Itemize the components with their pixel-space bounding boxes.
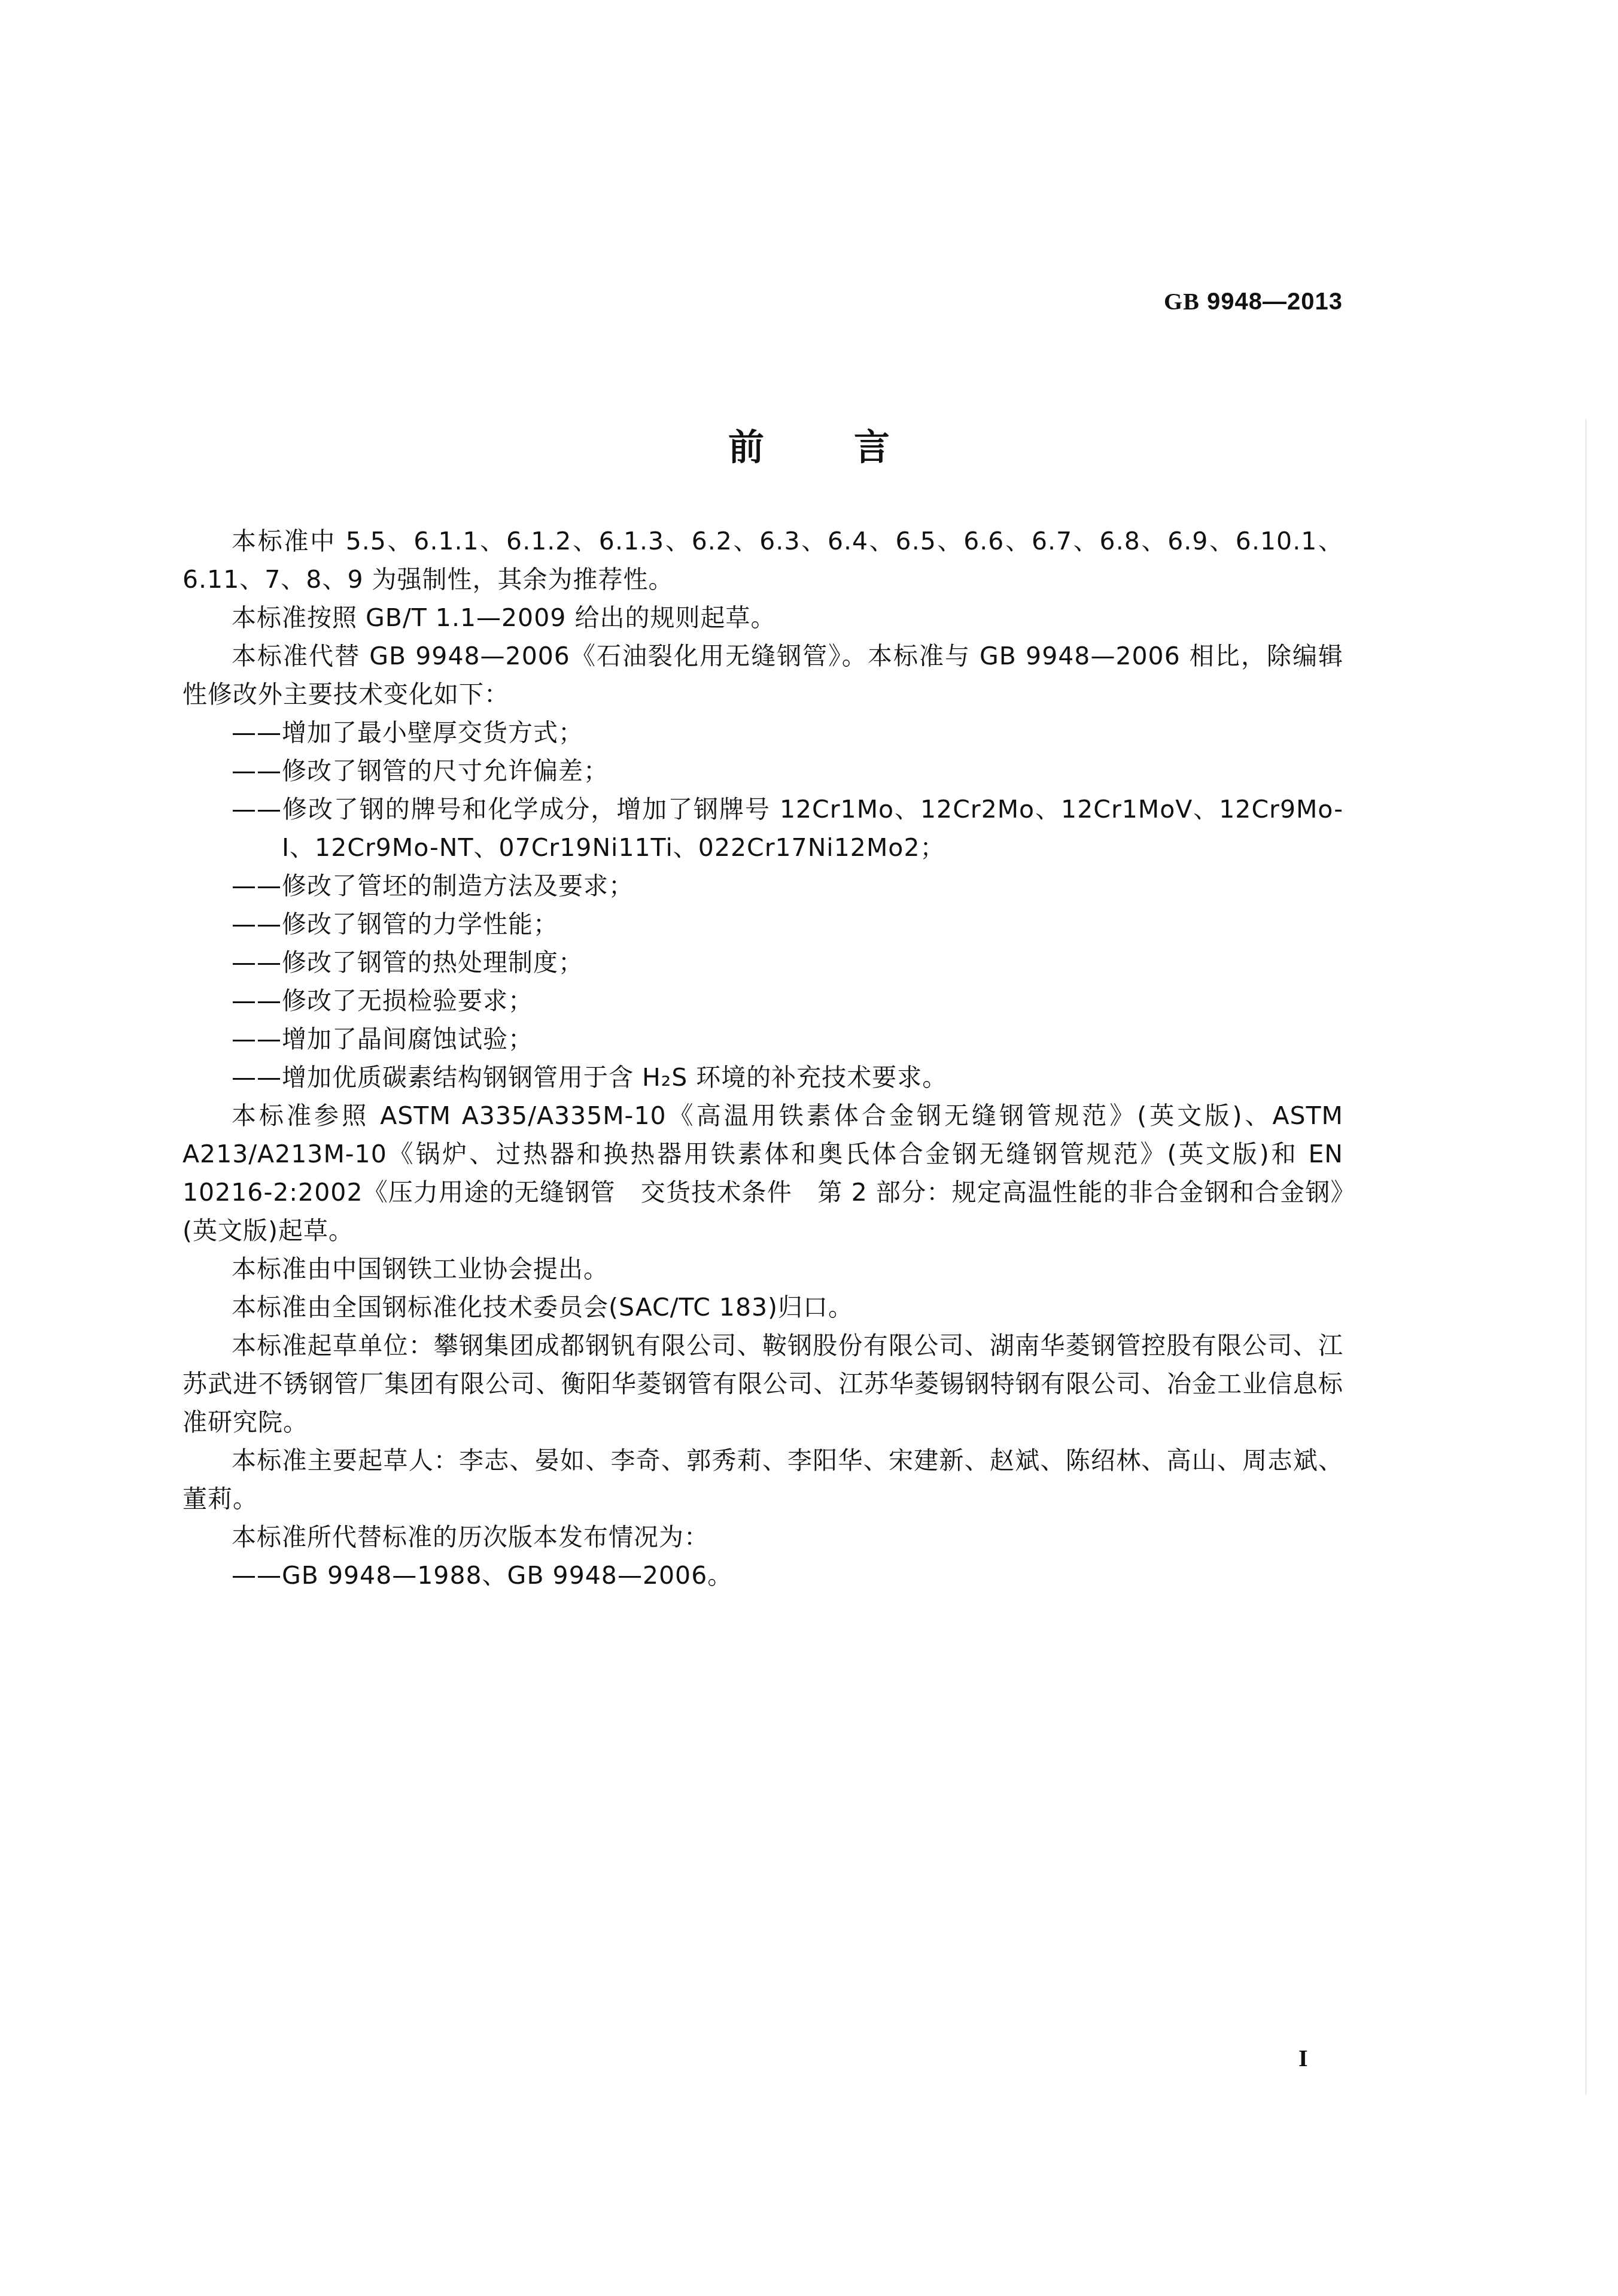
history-item: ——GB 9948—1988、GB 9948—2006。 [183,1556,1343,1595]
standard-prefix: GB [1164,288,1200,315]
paragraph-history-intro: 本标准所代替标准的历次版本发布情况为： [183,1518,1343,1556]
dash-marker: —— [232,1025,282,1053]
paragraph-drafters: 本标准主要起草人：李志、晏如、李奇、郭秀莉、李阳华、宋建新、赵斌、陈绍林、高山、… [183,1441,1343,1518]
paragraph-drafting-units: 本标准起草单位：攀钢集团成都钢钒有限公司、鞍钢股份有限公司、湖南华菱钢管控股有限… [183,1326,1343,1441]
paragraph-replaces: 本标准代替 GB 9948—2006《石油裂化用无缝钢管》。本标准与 GB 99… [183,637,1343,713]
page-number: I [1298,2044,1308,2072]
list-item: ——修改了钢管的热处理制度； [183,943,1343,982]
dash-marker: —— [232,948,282,977]
paragraph-drafting-rules: 本标准按照 GB/T 1.1—2009 给出的规则起草。 [183,599,1343,637]
list-item: ——修改了无损检验要求； [183,982,1343,1020]
scan-edge-line [1586,419,1586,2095]
list-item: ——增加了最小壁厚交货方式； [183,713,1343,752]
list-item: ——修改了钢管的力学性能； [183,905,1343,943]
list-item: ——增加优质碳素结构钢钢管用于含 H₂S 环境的补充技术要求。 [183,1058,1343,1097]
dash-marker: —— [232,1561,282,1590]
paragraph-administered-by: 本标准由全国钢标准化技术委员会(SAC/TC 183)归口。 [183,1288,1343,1326]
dash-marker: —— [232,1063,282,1092]
list-item: ——修改了管坯的制造方法及要求； [183,867,1343,905]
changes-list: ——增加了最小壁厚交货方式； ——修改了钢管的尺寸允许偏差； ——修改了钢的牌号… [183,713,1343,1097]
foreword-body: 本标准中 5.5、6.1.1、6.1.2、6.1.3、6.2、6.3、6.4、6… [183,522,1343,1595]
dash-marker: —— [232,795,282,824]
paragraph-mandatory-clauses: 本标准中 5.5、6.1.1、6.1.2、6.1.3、6.2、6.3、6.4、6… [183,522,1343,599]
paragraph-references: 本标准参照 ASTM A335/A335M-10《高温用铁素体合金钢无缝钢管规范… [183,1097,1343,1250]
title-char-1: 前 [728,419,764,470]
list-item: ——修改了钢管的尺寸允许偏差； [183,752,1343,790]
list-item: ——修改了钢的牌号和化学成分，增加了钢牌号 12Cr1Mo、12Cr2Mo、12… [183,790,1343,867]
list-item: ——增加了晶间腐蚀试验； [183,1020,1343,1058]
dash-marker: —— [232,986,282,1015]
page-title: 前言 [0,419,1618,470]
standard-code: GB 9948—2013 [1164,287,1343,315]
standard-number: 9948—2013 [1207,288,1343,315]
dash-marker: —— [232,718,282,747]
dash-marker: —— [232,757,282,785]
paragraph-proposed-by: 本标准由中国钢铁工业协会提出。 [183,1250,1343,1288]
title-char-2: 言 [854,419,890,470]
dash-marker: —— [232,910,282,939]
dash-marker: —— [232,871,282,900]
